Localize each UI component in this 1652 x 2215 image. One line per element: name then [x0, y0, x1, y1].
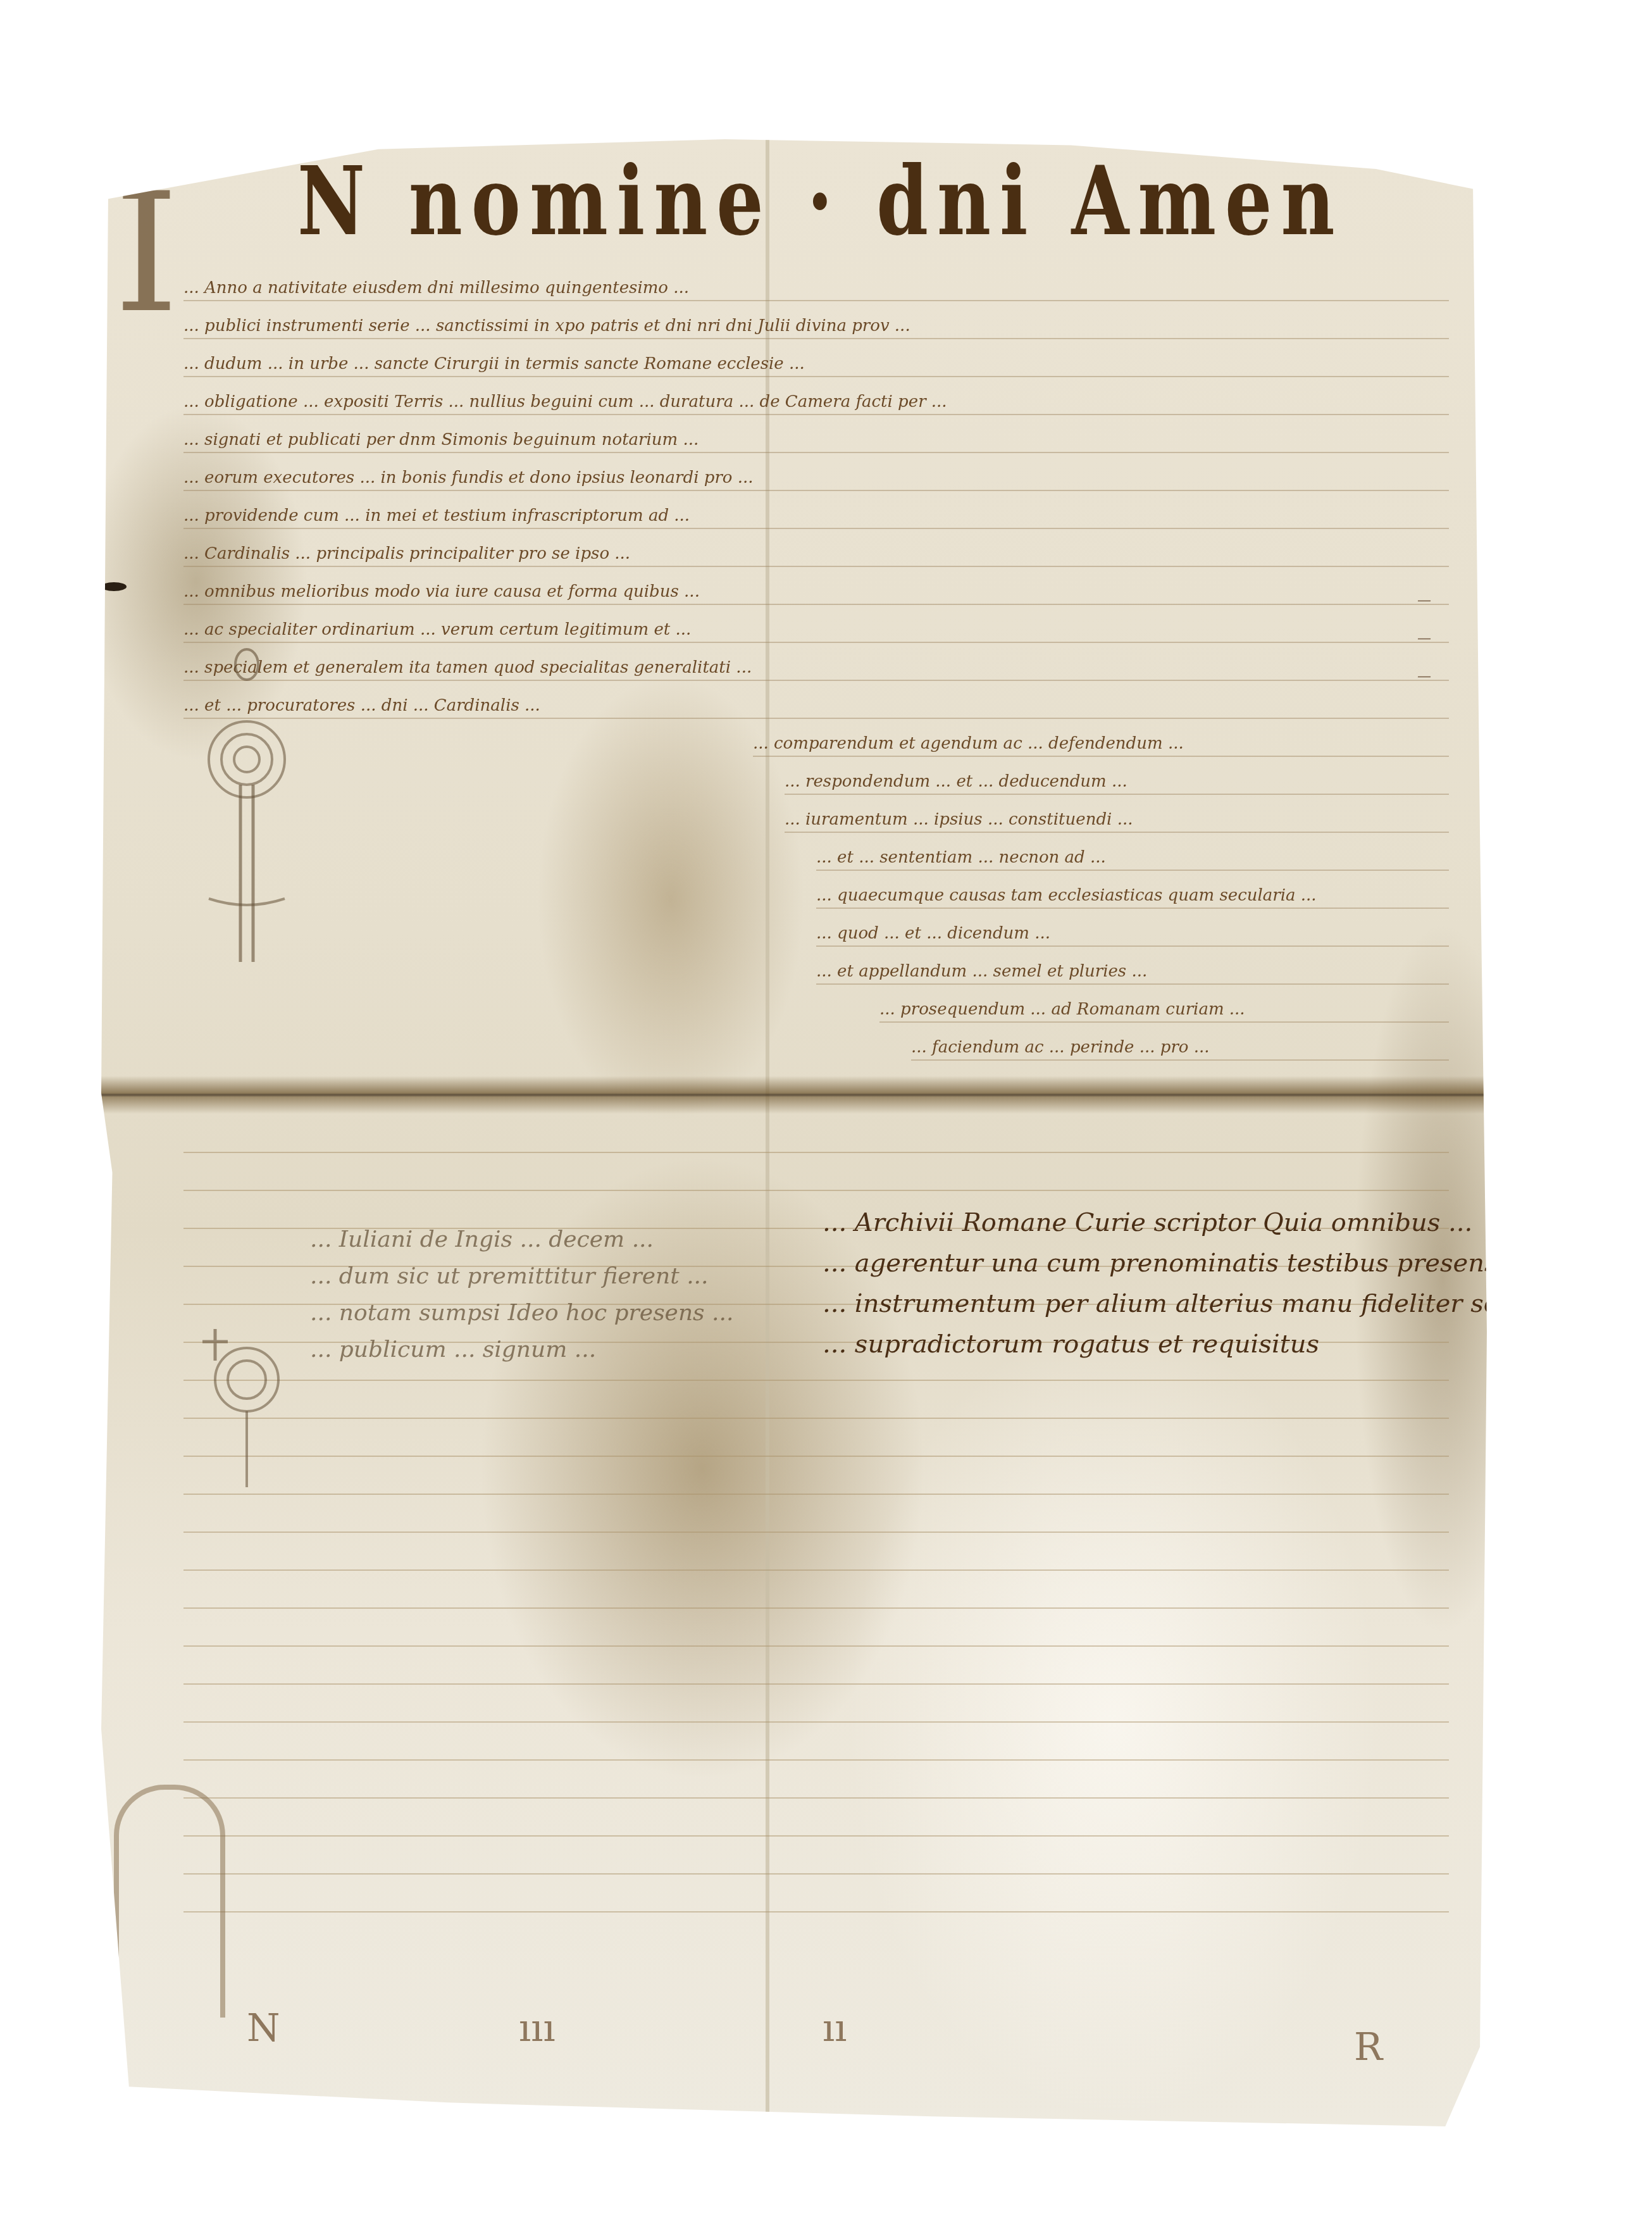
horizontal-fold-damage [101, 1076, 1487, 1114]
faded-notary-text: ... Iuliani de Ingis ... decem ... ... d… [310, 1221, 816, 1368]
text-line: ... faciendum ac ... perinde ... pro ... [911, 1038, 1449, 1061]
text-line: ... respondendum ... et ... deducendum .… [785, 772, 1449, 795]
text-line: ... Iuliani de Ingis ... decem ... [310, 1221, 816, 1258]
text-line: ... iuramentum ... ipsius ... constituen… [785, 810, 1449, 833]
upper-text-block: ... Anno a nativitate eiusdem dni milles… [183, 240, 1449, 1063]
subscription-line: ... supradictorum rogatus et requisitus [823, 1324, 1443, 1364]
notarial-sign-upper [190, 646, 304, 975]
text-line: ... publicum ... signum ... [310, 1332, 816, 1368]
bottom-mark-center: ııı [519, 2006, 556, 2050]
bottom-mark-mid: ıı [823, 2006, 847, 2050]
notary-subscription: ... Archivii Romane Curie scriptor Quia … [823, 1202, 1443, 1364]
bottom-mark-right: R [1354, 2025, 1382, 2069]
text-line: ... eorum executores ... in bonis fundis… [183, 468, 1449, 491]
parchment-document: I N nomine · dni Amen ... Anno a nativit… [101, 139, 1487, 2126]
subscription-line: ... Archivii Romane Curie scriptor Quia … [823, 1202, 1443, 1243]
bottom-left-flourish [114, 1785, 225, 2018]
text-line: ... specialem et generalem ita tamen quo… [183, 658, 1449, 681]
text-line: ... et appellandum ... semel et pluries … [816, 962, 1449, 985]
text-line: ... comparendum et agendum ac ... defend… [753, 734, 1449, 757]
ink-blot [101, 582, 127, 591]
text-line: ... dum sic ut premittitur fierent ... [310, 1258, 816, 1295]
text-line: ... Anno a nativitate eiusdem dni milles… [183, 278, 1449, 301]
notarial-sign-icon [190, 646, 304, 975]
right-margin-notes: — — — [1417, 582, 1474, 696]
text-line: ... omnibus melioribus modo via iure cau… [183, 582, 1449, 605]
text-line: ... et ... sententiam ... necnon ad ... [816, 848, 1449, 871]
notarial-sign-lower [190, 1304, 304, 1494]
subscription-line: ... instrumentum per alium alterius manu… [823, 1283, 1443, 1324]
notarial-sign-icon [190, 1304, 304, 1494]
margin-mark: — [1417, 658, 1474, 696]
text-line: ... publici instrumenti serie ... sancti… [183, 316, 1449, 339]
text-line: ... notam sumpsi Ideo hoc presens ... [310, 1295, 816, 1332]
text-line: ... obligatione ... expositi Terris ... … [183, 392, 1449, 415]
margin-mark: — [1417, 620, 1474, 658]
text-line: ... signati et publicati per dnm Simonis… [183, 430, 1449, 453]
margin-mark: — [1417, 582, 1474, 620]
text-line: ... ac specialiter ordinarium ... verum … [183, 620, 1449, 643]
text-line: ... quaecumque causas tam ecclesiasticas… [816, 886, 1449, 909]
text-line: ... providende cum ... in mei et testium… [183, 506, 1449, 529]
text-line: ... dudum ... in urbe ... sancte Cirurgi… [183, 354, 1449, 377]
text-line: ... quod ... et ... dicendum ... [816, 924, 1449, 947]
text-line: ... prosequendum ... ad Romanam curiam .… [879, 1000, 1449, 1023]
text-line: ... Cardinalis ... principalis principal… [183, 544, 1449, 567]
subscription-line: ... agerentur una cum prenominatis testi… [823, 1243, 1443, 1283]
hole-damage [728, 2133, 742, 2150]
bottom-mark-left: N [247, 2006, 280, 2050]
text-line: ... et ... procuratores ... dni ... Card… [183, 696, 1449, 719]
